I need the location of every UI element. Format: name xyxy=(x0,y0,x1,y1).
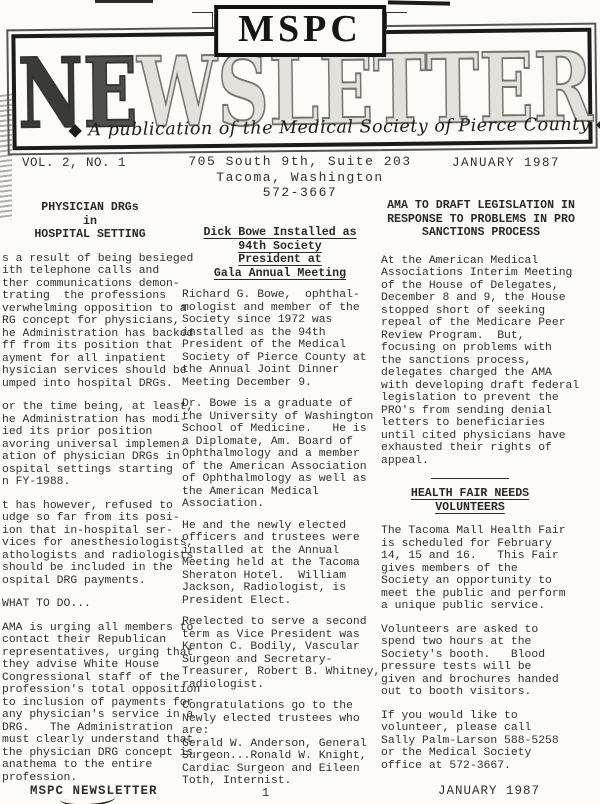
volume-number: VOL. 2, NO. 1 xyxy=(22,156,126,170)
society-address: 705 South 9th, Suite 203 Tacoma, Washing… xyxy=(150,154,450,201)
column-left: PHYSICIAN DRGs in HOSPITAL SETTING s a r… xyxy=(2,201,200,795)
article-paragraph: Reelected to serve a second term as Vice… xyxy=(182,616,384,691)
column-right: AMA TO DRAFT LEGISLATION IN RESPONSE TO … xyxy=(381,199,597,783)
article-paragraph: Volunteers are asked to spend two hours … xyxy=(381,624,597,699)
masthead-corner-mark-left xyxy=(192,12,213,29)
article-heading-physician-drgs: PHYSICIAN DRGs in HOSPITAL SETTING xyxy=(2,201,178,242)
newsletter-page: NEWSLETTER ◆ A publication of the Medica… xyxy=(0,0,600,804)
article-heading-health-fair: HEALTH FAIR NEEDS VOLUNTEERS xyxy=(381,487,559,514)
article-paragraph: or the time being, at least, he Administ… xyxy=(2,401,200,489)
footer-newsletter-name: MSPC NEWSLETTER xyxy=(30,784,158,798)
scan-artifact-top-left xyxy=(95,0,153,3)
article-paragraph: He and the newly elected officers and tr… xyxy=(182,520,384,608)
section-divider-rule xyxy=(431,478,509,479)
article-paragraph: If you would like to volunteer, please c… xyxy=(381,710,597,773)
masthead-corner-mark-right xyxy=(386,12,407,29)
masthead-mspc-title: MSPC xyxy=(214,5,386,57)
article-heading-dick-bowe: Dick Bowe Installed as 94th Society Pres… xyxy=(182,226,378,280)
article-paragraph: Richard G. Bowe, ophthal- mologist and m… xyxy=(182,289,384,389)
article-paragraph: s a result of being besieged ith telepho… xyxy=(2,253,200,391)
column-center: Dick Bowe Installed as 94th Society Pres… xyxy=(182,226,384,797)
article-subhead-what-to-do: WHAT TO DO... xyxy=(2,598,200,611)
article-paragraph: AMA is urging all members to contact the… xyxy=(2,622,200,785)
article-paragraph: At the American Medical Associations Int… xyxy=(381,255,597,468)
article-paragraph: Dr. Bowe is a graduate of the University… xyxy=(182,398,384,511)
article-heading-ama-legislation: AMA TO DRAFT LEGISLATION IN RESPONSE TO … xyxy=(381,199,581,240)
article-paragraph: Congratulations go to the Newly elected … xyxy=(182,700,384,788)
article-paragraph: The Tacoma Mall Health Fair is scheduled… xyxy=(381,525,597,613)
issue-date: JANUARY 1987 xyxy=(452,156,560,170)
scan-artifact-top-center xyxy=(388,0,450,5)
footer-issue-date: JANUARY 1987 xyxy=(438,784,540,798)
footer-page-number: 1 xyxy=(262,786,269,800)
article-paragraph: t has however, refused to udge so far fr… xyxy=(2,500,200,588)
